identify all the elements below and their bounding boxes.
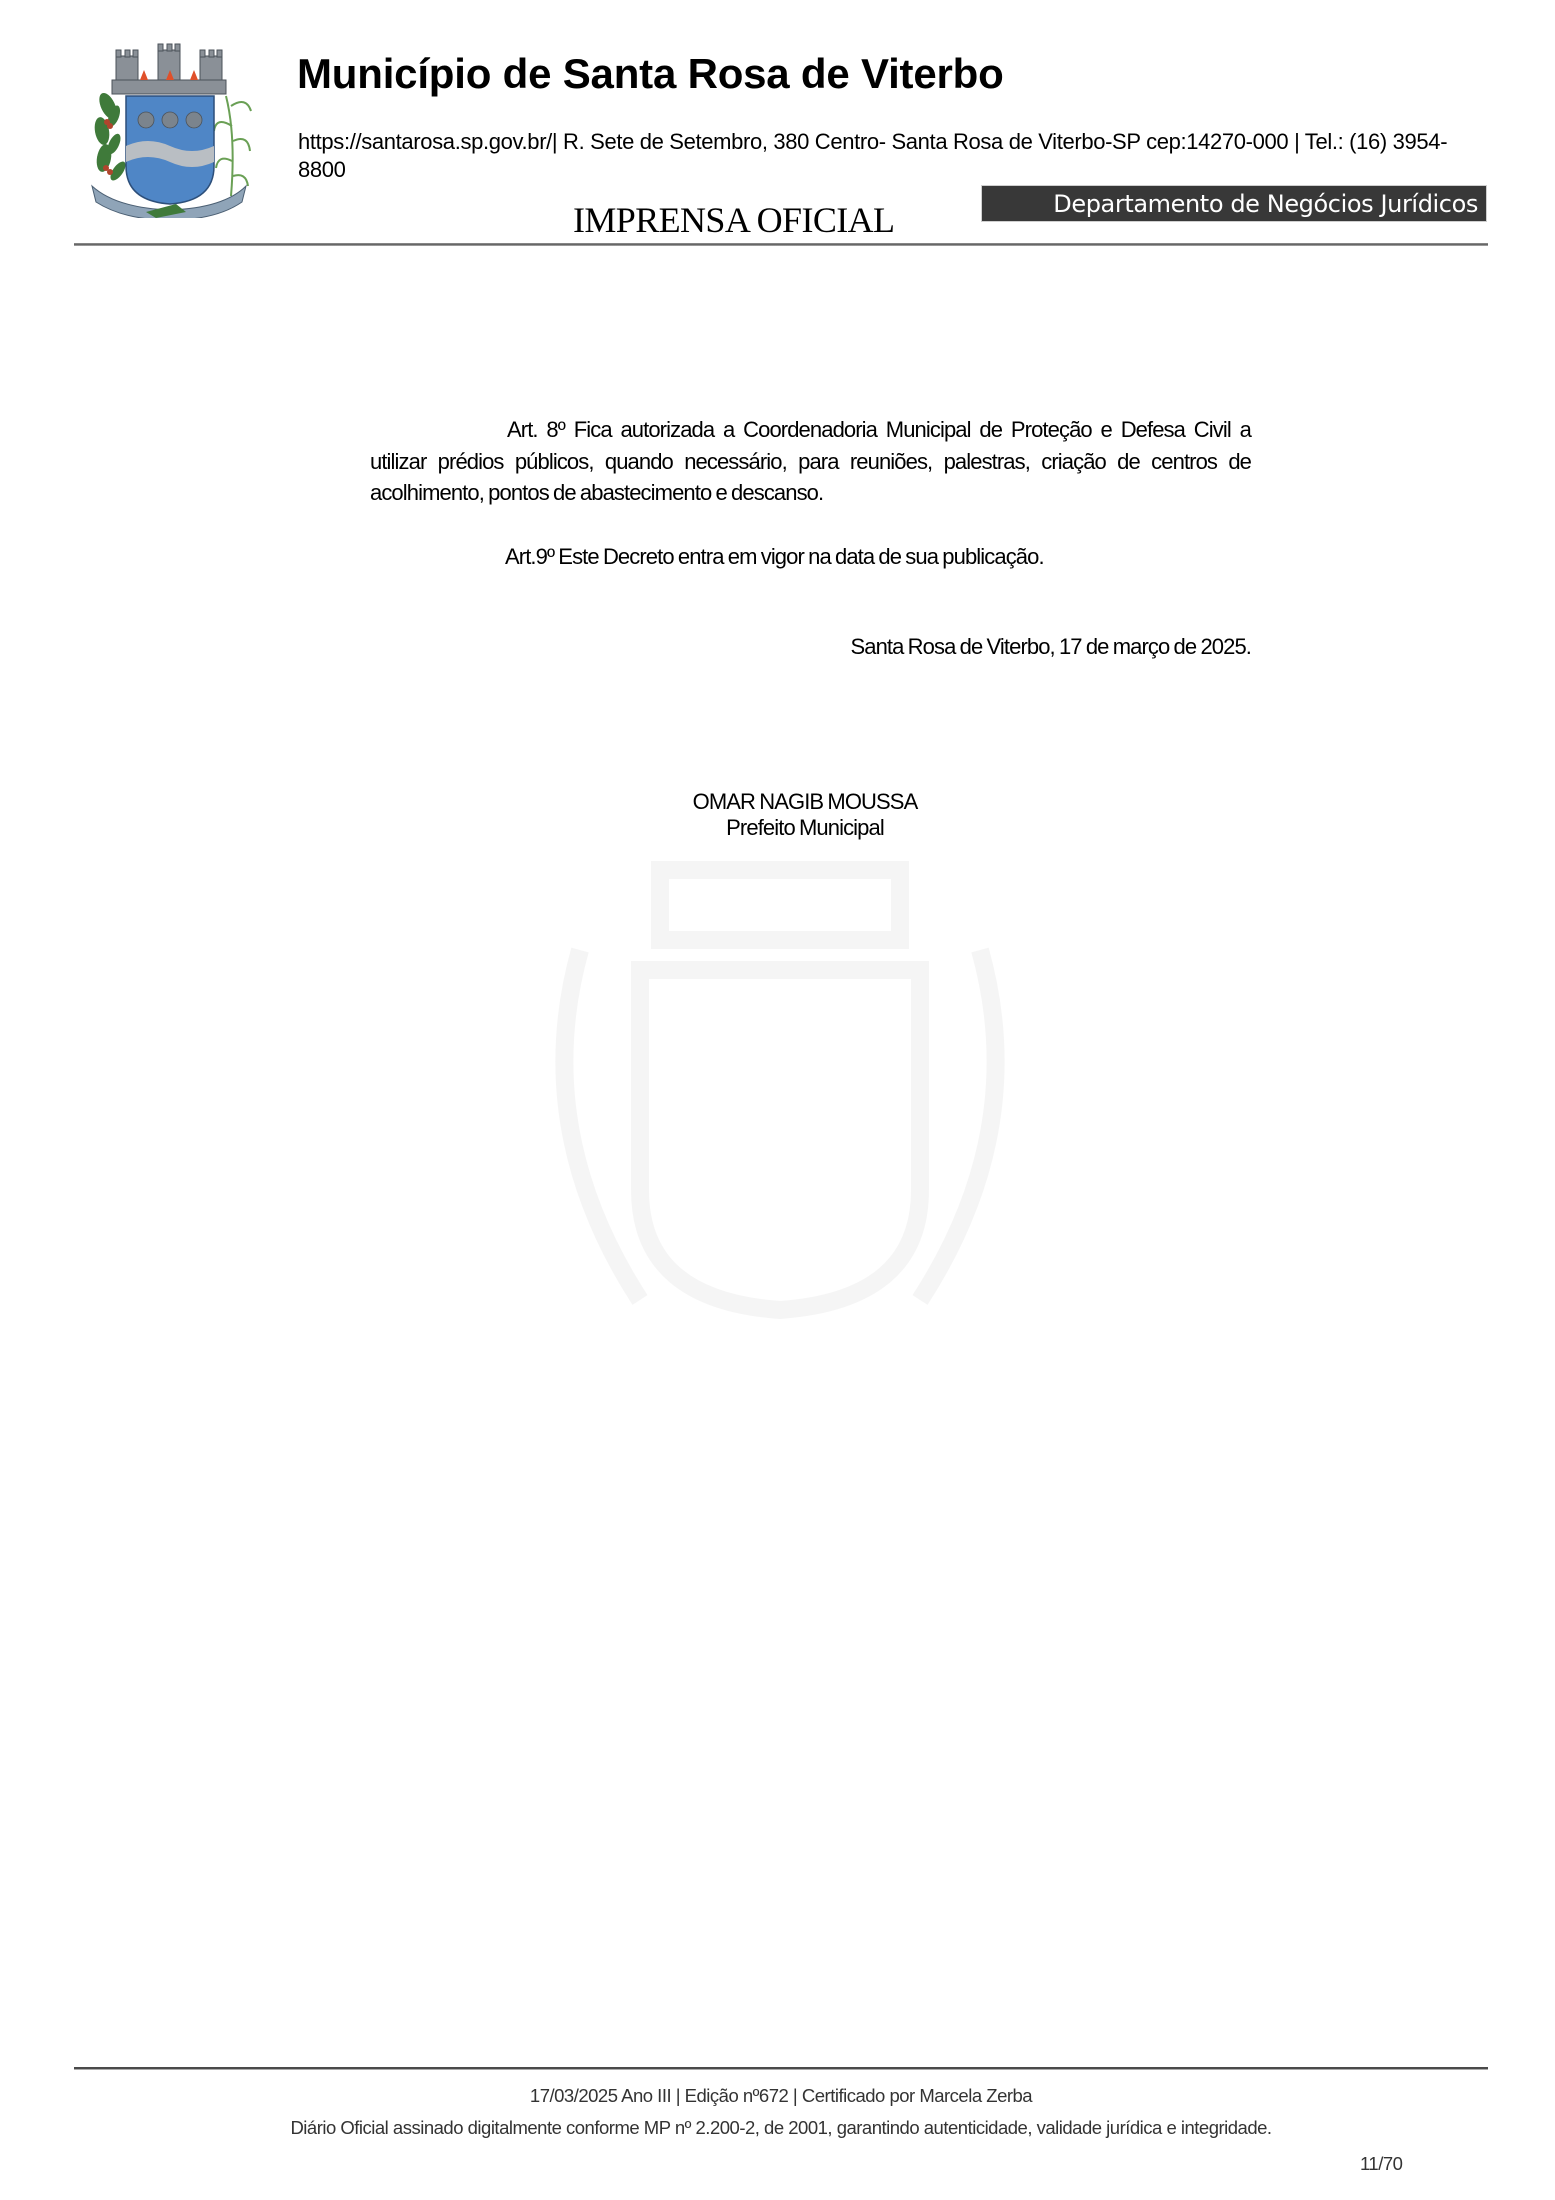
publication-name: IMPRENSA OFICIAL [573, 200, 894, 240]
signature-block: OMAR NAGIB MOUSSA Prefeito Municipal [640, 789, 970, 841]
article-8-paragraph: Art. 8º Fica autorizada a Coordenadoria … [370, 414, 1251, 509]
page-number: 11/70 [1360, 2153, 1402, 2175]
department-badge: Departamento de Negócios Jurídicos [981, 185, 1487, 222]
signatory-name: OMAR NAGIB MOUSSA [640, 789, 970, 815]
footer-divider [74, 2067, 1488, 2069]
digital-signature-notice: Diário Oficial assinado digitalmente con… [74, 2116, 1488, 2140]
contact-address: https://santarosa.sp.gov.br/| R. Sete de… [298, 128, 1488, 184]
municipality-title: Município de Santa Rosa de Viterbo [297, 48, 1004, 100]
watermark-coat-of-arms-icon [520, 830, 1040, 1390]
municipal-coat-of-arms-icon [86, 36, 252, 218]
place-date-line: Santa Rosa de Viterbo, 17 de março de 20… [700, 631, 1251, 663]
article-9-paragraph: Art.9º Este Decreto entra em vigor na da… [505, 541, 1044, 573]
header-divider [74, 243, 1488, 246]
signatory-title: Prefeito Municipal [640, 815, 970, 841]
edition-info: 17/03/2025 Ano III | Edição nº672 | Cert… [74, 2084, 1488, 2108]
